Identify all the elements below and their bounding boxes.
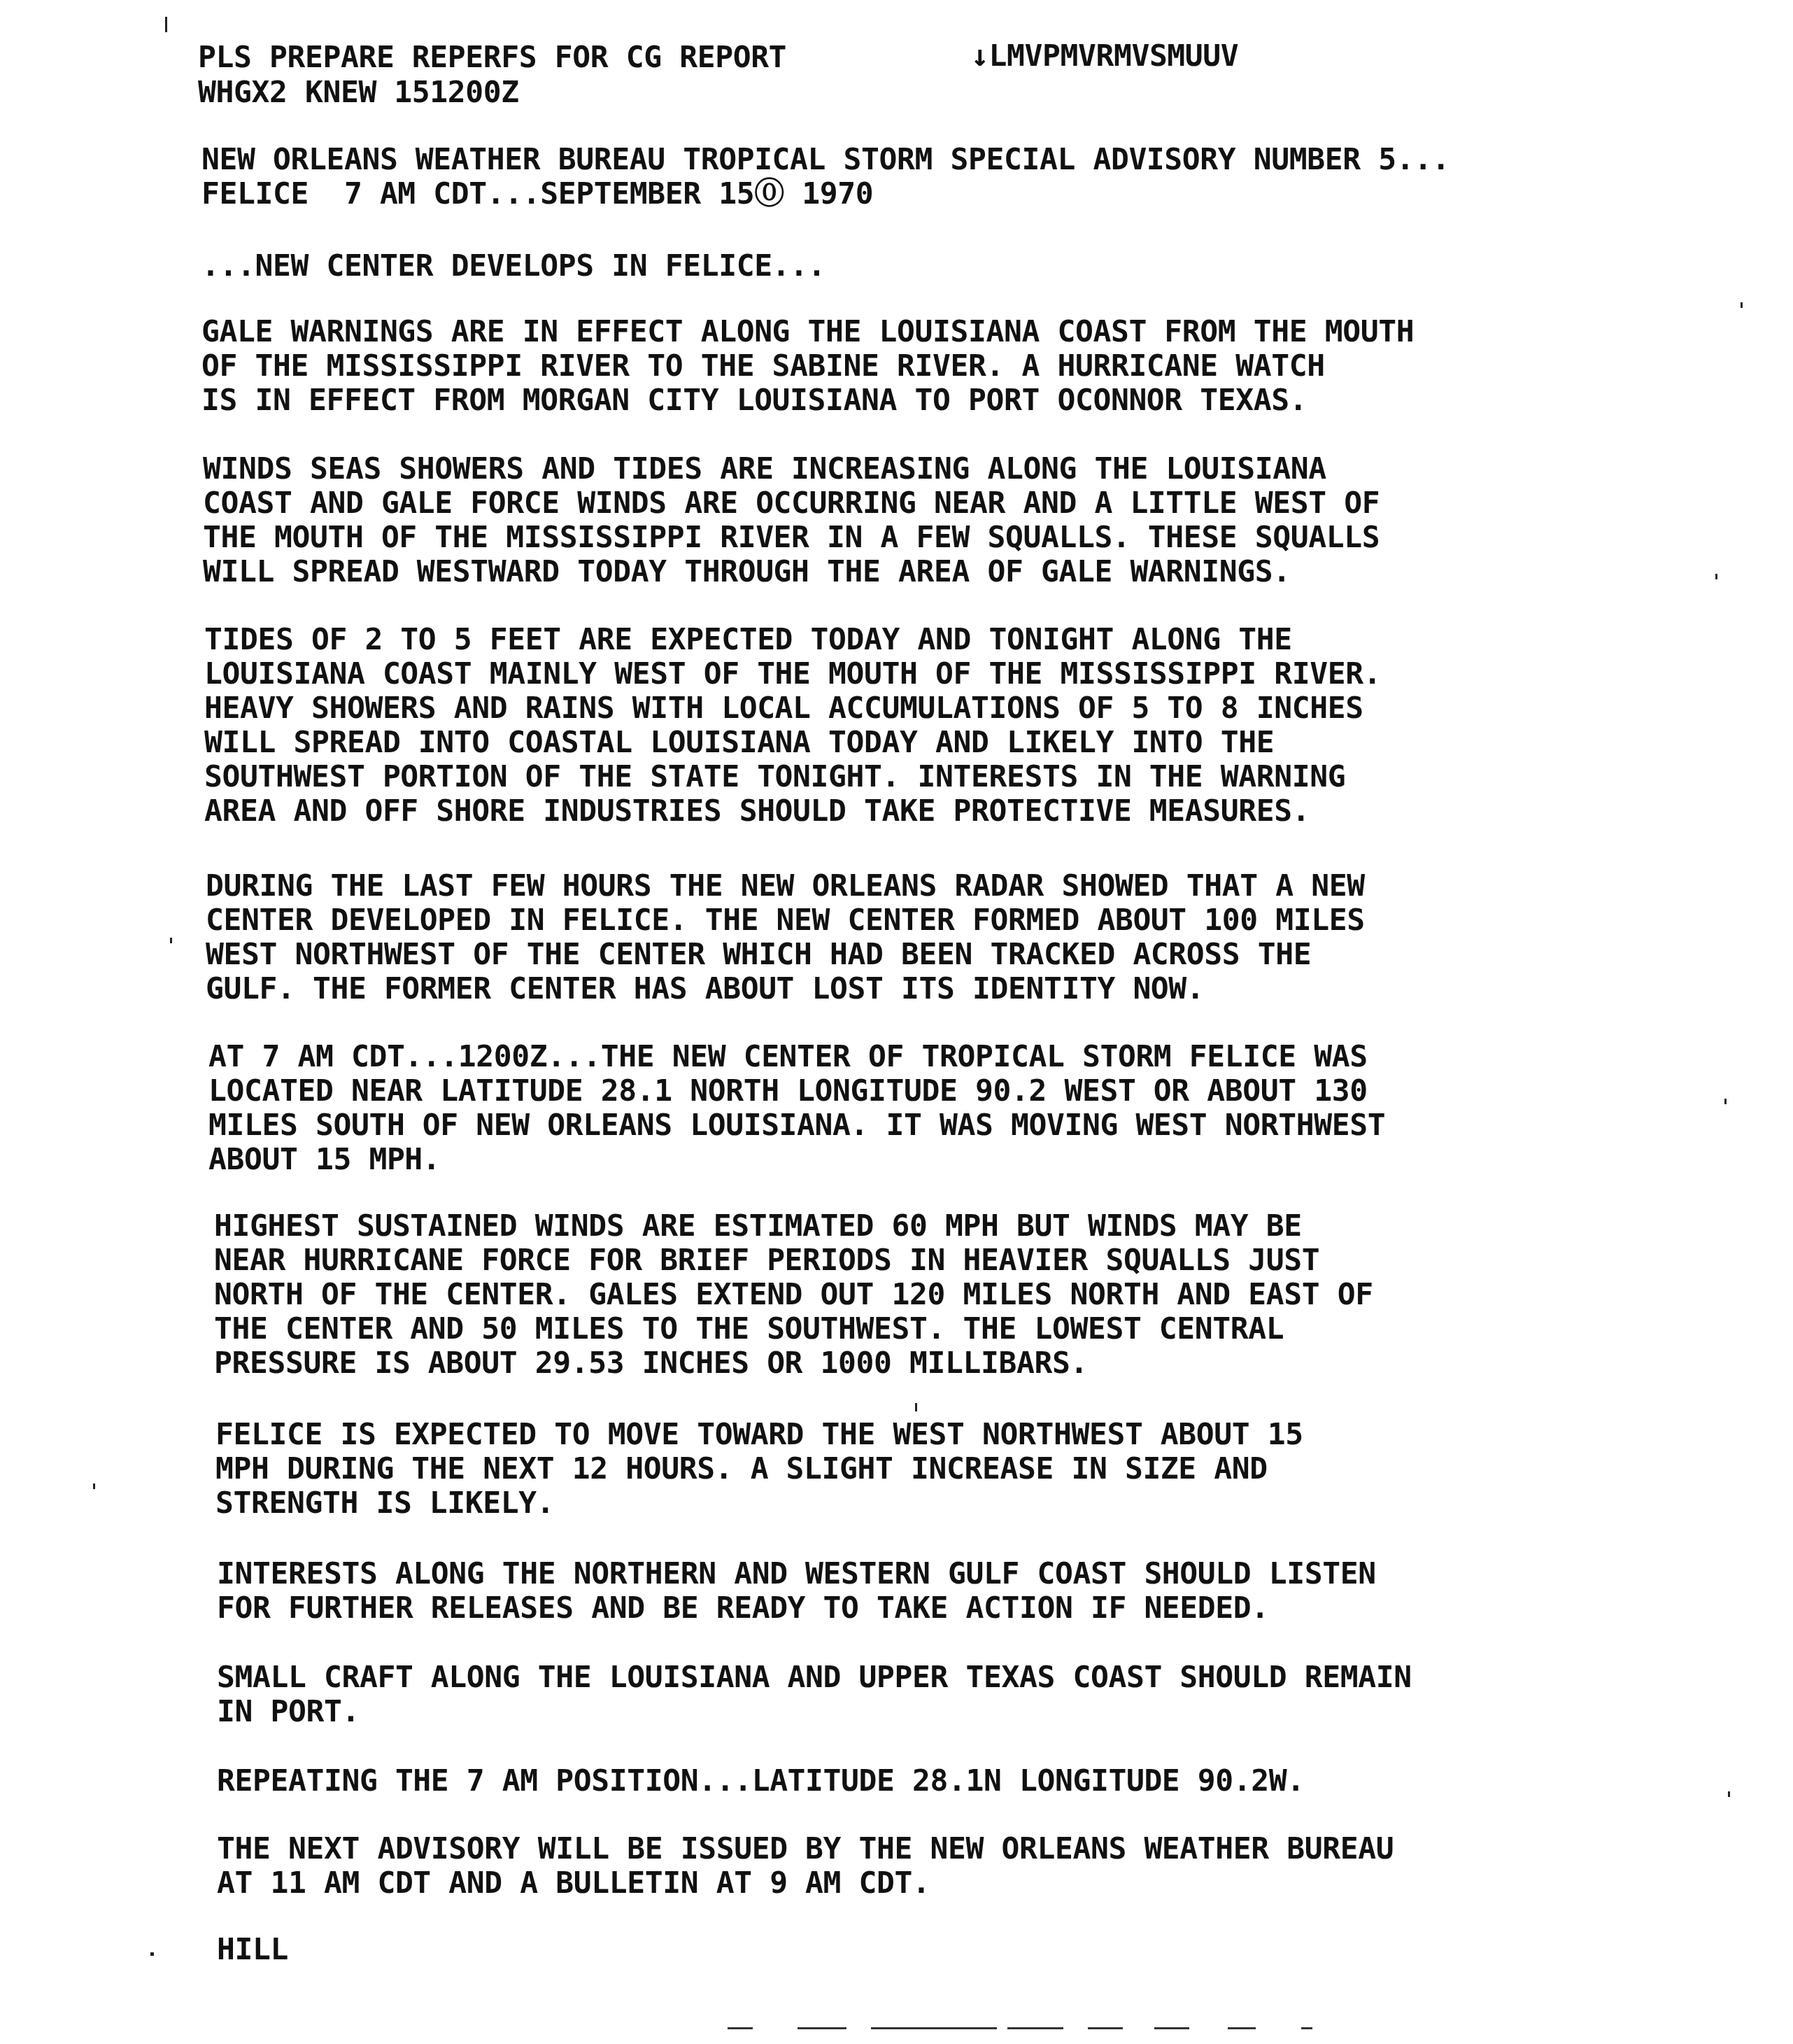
text-line: GULF. THE FORMER CENTER HAS ABOUT LOST I… [206, 972, 1365, 1006]
scan-speck [165, 17, 167, 32]
text-line: NEAR HURRICANE FORCE FOR BRIEF PERIODS I… [214, 1243, 1373, 1278]
text-line: HEAVY SHOWERS AND RAINS WITH LOCAL ACCUM… [204, 691, 1381, 726]
bottom-rule-dash [1007, 2027, 1063, 2029]
text-line: CENTER DEVELOPED IN FELICE. THE NEW CENT… [206, 903, 1365, 938]
text-line: AREA AND OFF SHORE INDUSTRIES SHOULD TAK… [204, 794, 1381, 829]
bottom-rule-dash [1154, 2027, 1189, 2029]
text-line: GALE WARNINGS ARE IN EFFECT ALONG THE LO… [201, 315, 1414, 349]
text-line: COAST AND GALE FORCE WINDS ARE OCCURRING… [203, 486, 1380, 521]
text-line: STRENGTH IS LIKELY. [215, 1486, 1303, 1521]
header-station-line: WHGX2 KNEW 151200Z [198, 76, 519, 110]
text-line: INTERESTS ALONG THE NORTHERN AND WESTERN… [217, 1557, 1376, 1591]
text-line: WILL SPREAD INTO COASTAL LOUISIANA TODAY… [204, 726, 1381, 760]
text-line: IN PORT. [217, 1695, 1412, 1729]
bottom-rule-dash [871, 2027, 997, 2029]
paragraph-gale-warnings: GALE WARNINGS ARE IN EFFECT ALONG THE LO… [201, 315, 1414, 418]
paragraph-winds-pressure: HIGHEST SUSTAINED WINDS ARE ESTIMATED 60… [214, 1209, 1373, 1381]
text-line: LOUISIANA COAST MAINLY WEST OF THE MOUTH… [204, 657, 1381, 691]
bottom-rule-dash [798, 2027, 846, 2029]
paragraph-tides: TIDES OF 2 TO 5 FEET ARE EXPECTED TODAY … [204, 623, 1381, 829]
text-line: WINDS SEAS SHOWERS AND TIDES ARE INCREAS… [203, 452, 1380, 486]
text-line: AT 7 AM CDT...1200Z...THE NEW CENTER OF … [208, 1040, 1385, 1074]
text-line: IS IN EFFECT FROM MORGAN CITY LOUISIANA … [201, 383, 1414, 418]
text-line: SMALL CRAFT ALONG THE LOUISIANA AND UPPE… [217, 1661, 1412, 1695]
text-line: SOUTHWEST PORTION OF THE STATE TONIGHT. … [204, 760, 1381, 794]
text-line: OF THE MISSISSIPPI RIVER TO THE SABINE R… [201, 349, 1414, 383]
teletype-page: PLS PREPARE REPERFS FOR CG REPORT ↓LMVPM… [0, 0, 1793, 2044]
paragraph-winds-seas: WINDS SEAS SHOWERS AND TIDES ARE INCREAS… [203, 452, 1380, 589]
text-line: TIDES OF 2 TO 5 FEET ARE EXPECTED TODAY … [204, 623, 1381, 657]
scan-speck [1741, 302, 1743, 308]
bottom-rule-dash [1301, 2027, 1312, 2029]
text-line: THE MOUTH OF THE MISSISSIPPI RIVER IN A … [203, 521, 1380, 555]
text-line: THE CENTER AND 50 MILES TO THE SOUTHWEST… [214, 1312, 1373, 1346]
paragraph-position: AT 7 AM CDT...1200Z...THE NEW CENTER OF … [208, 1040, 1385, 1177]
text-line: NORTH OF THE CENTER. GALES EXTEND OUT 12… [214, 1278, 1373, 1312]
signature: HILL [217, 1933, 288, 1967]
advisory-title-line: FELICE 7 AM CDT...SEPTEMBER 15⓪ 1970 [201, 177, 1450, 211]
paragraph-forecast: FELICE IS EXPECTED TO MOVE TOWARD THE WE… [215, 1418, 1303, 1521]
paragraph-radar: DURING THE LAST FEW HOURS THE NEW ORLEAN… [206, 869, 1365, 1006]
scan-speck [93, 1483, 95, 1489]
scan-speck [150, 1952, 154, 1956]
text-line: DURING THE LAST FEW HOURS THE NEW ORLEAN… [206, 869, 1365, 903]
scan-speck [170, 938, 172, 943]
text-line: MPH DURING THE NEXT 12 HOURS. A SLIGHT I… [215, 1452, 1303, 1486]
text-line: THE NEXT ADVISORY WILL BE ISSUED BY THE … [217, 1832, 1394, 1866]
text-line: MILES SOUTH OF NEW ORLEANS LOUISIANA. IT… [208, 1108, 1385, 1143]
paragraph-repeating-position: REPEATING THE 7 AM POSITION...LATITUDE 2… [217, 1764, 1305, 1798]
text-line: WILL SPREAD WESTWARD TODAY THROUGH THE A… [203, 555, 1380, 589]
bottom-rule-dash [728, 2027, 753, 2029]
header-instruction: PLS PREPARE REPERFS FOR CG REPORT [198, 41, 786, 75]
bottom-rule-dash [1088, 2027, 1123, 2029]
scan-speck [1728, 1791, 1730, 1797]
bottom-rule-dash [1228, 2027, 1256, 2029]
text-line: HIGHEST SUSTAINED WINDS ARE ESTIMATED 60… [214, 1209, 1373, 1243]
text-line: FOR FURTHER RELEASES AND BE READY TO TAK… [217, 1591, 1376, 1626]
scan-speck [1724, 1099, 1727, 1104]
text-line: ABOUT 15 MPH. [208, 1143, 1385, 1177]
paragraph-next-advisory: THE NEXT ADVISORY WILL BE ISSUED BY THE … [217, 1832, 1394, 1901]
routing-code: ↓LMVPMVRMVSMUUV [971, 39, 1238, 73]
text-line: PRESSURE IS ABOUT 29.53 INCHES OR 1000 M… [214, 1346, 1373, 1381]
advisory-title-line: NEW ORLEANS WEATHER BUREAU TROPICAL STOR… [201, 143, 1450, 177]
advisory-title: NEW ORLEANS WEATHER BUREAU TROPICAL STOR… [201, 143, 1450, 211]
text-line: REPEATING THE 7 AM POSITION...LATITUDE 2… [217, 1764, 1305, 1798]
text-line: LOCATED NEAR LATITUDE 28.1 NORTH LONGITU… [208, 1074, 1385, 1108]
text-line: WEST NORTHWEST OF THE CENTER WHICH HAD B… [206, 938, 1365, 972]
scan-speck [1715, 574, 1717, 579]
text-line: AT 11 AM CDT AND A BULLETIN AT 9 AM CDT. [217, 1866, 1394, 1901]
text-line: FELICE IS EXPECTED TO MOVE TOWARD THE WE… [215, 1418, 1303, 1452]
paragraph-interests: INTERESTS ALONG THE NORTHERN AND WESTERN… [217, 1557, 1376, 1626]
paragraph-small-craft: SMALL CRAFT ALONG THE LOUISIANA AND UPPE… [217, 1661, 1412, 1729]
scan-speck [915, 1403, 917, 1411]
headline: ...NEW CENTER DEVELOPS IN FELICE... [201, 249, 825, 283]
